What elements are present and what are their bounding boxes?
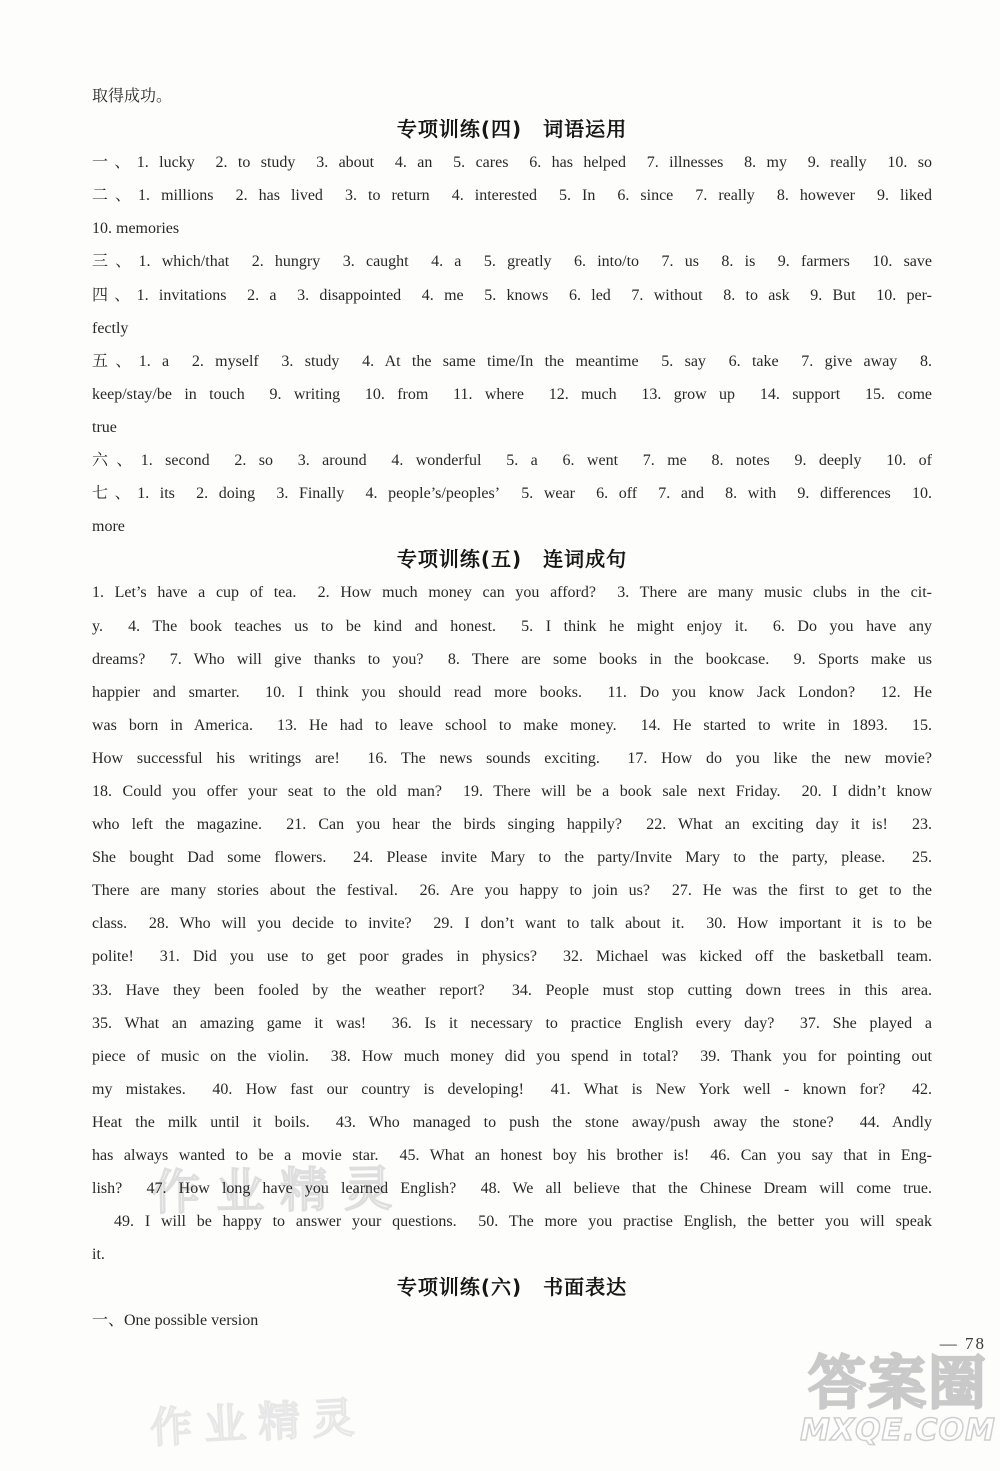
watermark-daanquan-logo: 答案圈 MXQE.COM <box>800 1352 996 1448</box>
answer-line: 1. Let’s have a cup of tea. 2. How much … <box>92 576 932 609</box>
answer-line: has always wanted to be a movie star. 45… <box>92 1139 932 1172</box>
answer-line: piece of music on the violin. 38. How mu… <box>92 1040 932 1073</box>
watermark-zuoye-jingling-bottom: 作业精灵 <box>149 1384 368 1455</box>
answer-line: y. 4. The book teaches us to be kind and… <box>92 610 932 643</box>
answer-line: 18. Could you offer your seat to the old… <box>92 775 932 808</box>
mxqe-site-url: MXQE.COM <box>800 1414 996 1448</box>
answer-line: happier and smarter. 10. I think you sho… <box>92 676 932 709</box>
answer-line: it. <box>92 1238 932 1271</box>
daanquan-logo-text: 答案圈 <box>800 1352 996 1414</box>
answer-line: keep/stay/be in touch 9. writing 10. fro… <box>92 378 932 411</box>
answer-page: 作业精灵 作业精灵 答案圈 MXQE.COM 取得成功。 专项训练(四) 词语运… <box>0 0 1000 1471</box>
answer-line: my mistakes. 40. How fast our country is… <box>92 1073 932 1106</box>
answer-line: 33. Have they been fooled by the weather… <box>92 974 932 1007</box>
answer-line: lish? 47. How long have you learned Engl… <box>92 1172 932 1205</box>
answer-line: fectly <box>92 312 932 345</box>
answer-line: She bought Dad some flowers. 24. Please … <box>92 841 932 874</box>
answer-line: polite! 31. Did you use to get poor grad… <box>92 940 932 973</box>
answer-line: Heat the milk until it boils. 43. Who ma… <box>92 1106 932 1139</box>
answer-line: 四、1. invitations 2. a 3. disappointed 4.… <box>92 279 932 312</box>
answer-line: 七、1. its 2. doing 3. Finally 4. people’s… <box>92 477 932 510</box>
answer-line: class. 28. Who will you decide to invite… <box>92 907 932 940</box>
answer-line: 一、One possible version <box>92 1304 932 1337</box>
answer-line: 六、1. second 2. so 3. around 4. wonderful… <box>92 444 932 477</box>
answer-line: 35. What an amazing game it was! 36. Is … <box>92 1007 932 1040</box>
section-title-word-usage: 专项训练(四) 词语运用 <box>92 113 932 146</box>
answer-line: 10. memories <box>92 212 932 245</box>
page-number: — 78 <box>940 1334 986 1354</box>
answer-line: How successful his writings are! 16. The… <box>92 742 932 775</box>
answer-line: was born in America. 13. He had to leave… <box>92 709 932 742</box>
answer-line: more <box>92 510 932 543</box>
answer-line: 二、1. millions 2. has lived 3. to return … <box>92 179 932 212</box>
section-title-sentence-building: 专项训练(五) 连词成句 <box>92 543 932 576</box>
page-content: 取得成功。 专项训练(四) 词语运用 一、1. lucky 2. to stud… <box>92 80 932 1338</box>
answer-line: 三、1. which/that 2. hungry 3. caught 4. a… <box>92 245 932 278</box>
intro-text: 取得成功。 <box>92 80 932 113</box>
answer-line: true <box>92 411 932 444</box>
answer-line: 49. I will be happy to answer your quest… <box>92 1205 932 1238</box>
section-title-written-expression: 专项训练(六) 书面表达 <box>92 1271 932 1304</box>
answer-line: dreams? 7. Who will give thanks to you? … <box>92 643 932 676</box>
answer-line: 五、1. a 2. myself 3. study 4. At the same… <box>92 345 932 378</box>
answer-line: 一、1. lucky 2. to study 3. about 4. an 5.… <box>92 146 932 179</box>
answer-line: There are many stories about the festiva… <box>92 874 932 907</box>
answer-line: who left the magazine. 21. Can you hear … <box>92 808 932 841</box>
